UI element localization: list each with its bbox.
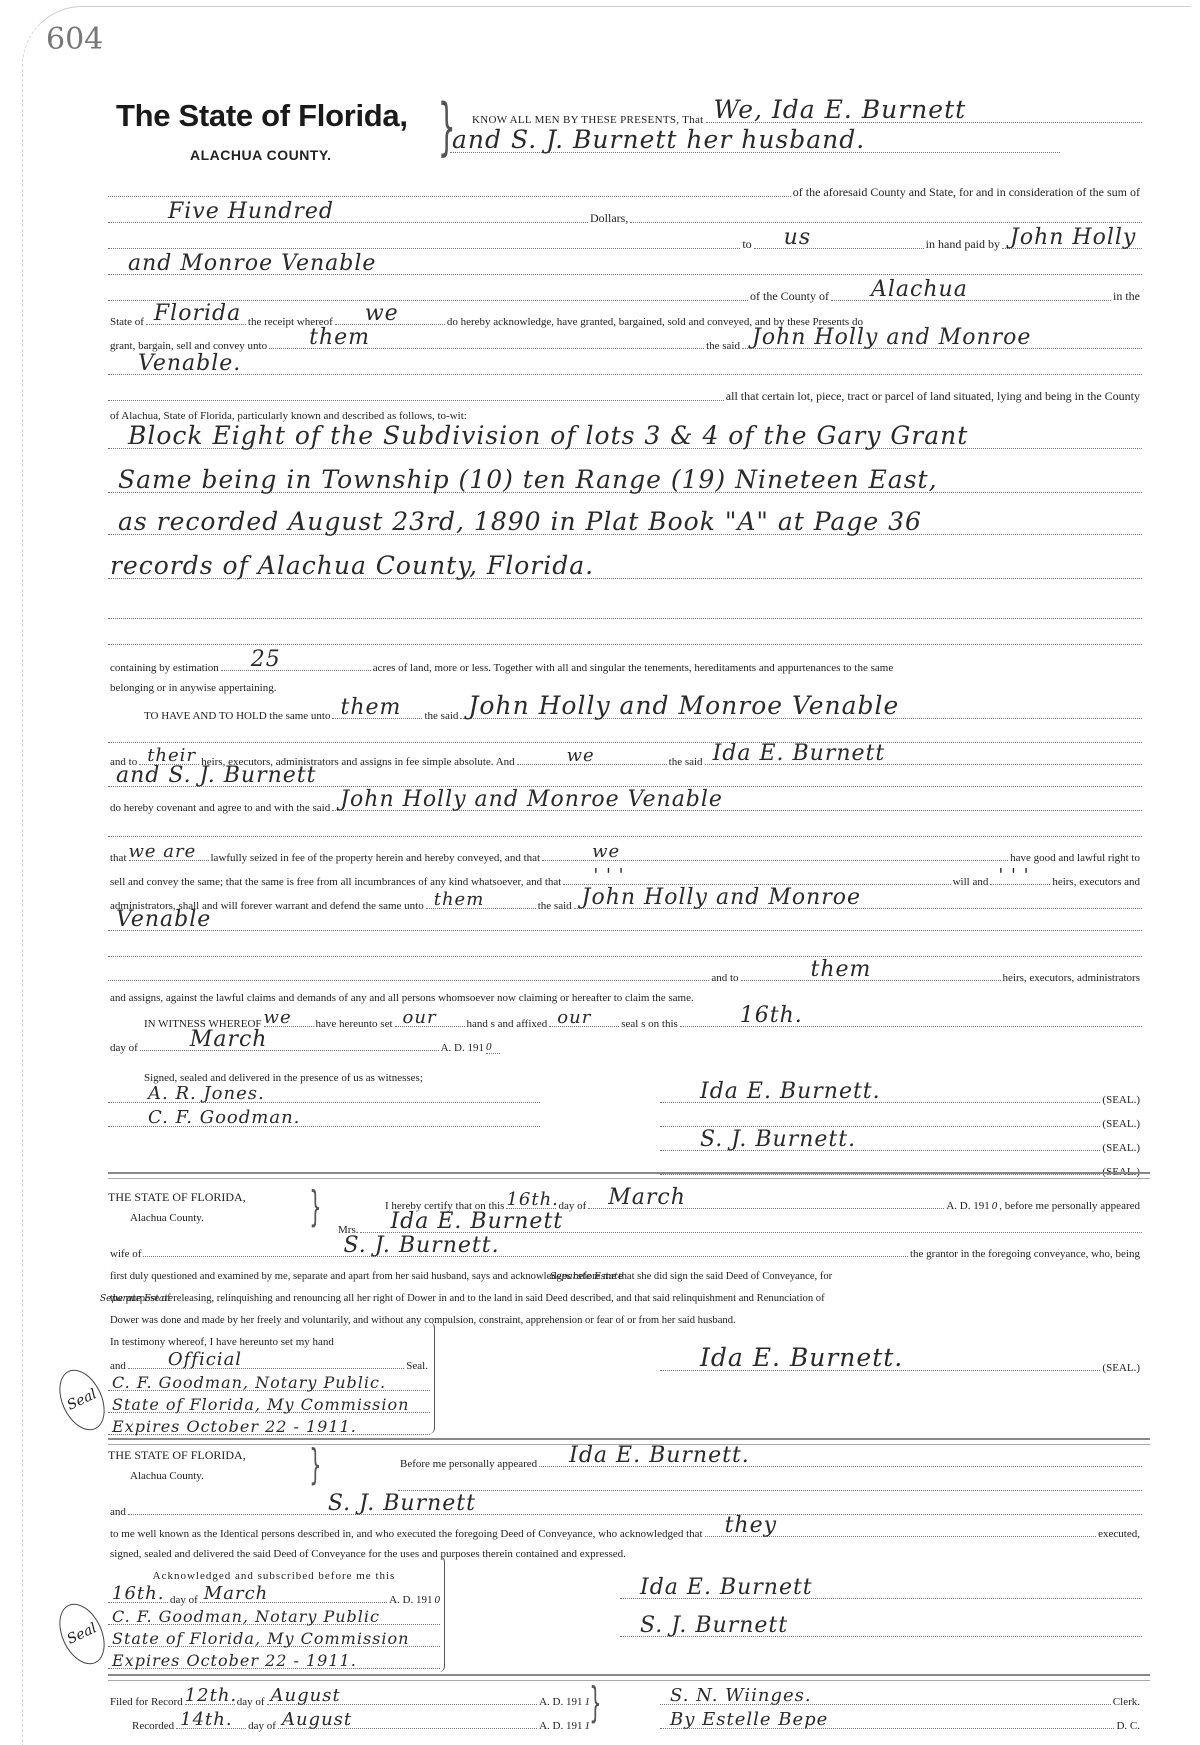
dollars-row: Five Hundred Dollars, [108,204,1142,226]
blank-row-4 [398,1472,1142,1494]
clerk-row: S. N. Wiinges. Clerk. [660,1686,1142,1708]
execution-month: March [190,1027,268,1052]
signature-line-3: S. J. Burnett. (SEAL.) [660,1132,1142,1154]
page-number: 604 [46,22,103,57]
joint-ack-county: Alachua County. [130,1470,204,1482]
description-line-4: records of Alachua County, Florida. [108,560,1142,582]
document-county: ALACHUA COUNTY. [190,147,332,163]
and-assigns-row: and assigns, against the lawful claims a… [108,982,1142,1004]
defend-row: administrators, shall and will forever w… [108,890,1142,912]
deputy-row: By Estelle Bepe D. C. [660,1710,1142,1732]
acres-row: containing by estimation 25 acres of lan… [108,652,1142,674]
description-line-1: Block Eight of the Subdivision of lots 3… [108,430,1142,452]
section-divider [108,1172,1150,1179]
of-alachua-row: of Alachua, State of Florida, particular… [108,400,1142,422]
blank-row [108,724,1142,746]
notary-line-3: Expires October 22 - 1911. [108,1416,430,1438]
description-line-3: as recorded August 23rd, 1890 in Plat Bo… [108,516,1142,538]
grantors-name: We, Ida E. Burnett [714,95,967,124]
insertion-separate-estate: Separate Estate [550,1272,623,1282]
notary-line-2: State of Florida, My Commission [108,1394,430,1416]
ack-brace: } [309,1186,321,1228]
ack-text-2: the purpose of releasing, relinquishing … [108,1282,1142,1304]
testimony-row: In testimony whereof, I have hereunto se… [108,1326,430,1348]
joint-signature-2: S. J. Burnett [620,1618,1142,1640]
paid-by-cont-row: and Monroe Venable [108,256,1142,278]
paid-by-field: John Holly [1010,225,1136,250]
defend-cont-row: Venable [108,912,1142,934]
aforesaid-row: of the aforesaid County and State, for a… [108,178,1142,200]
and-name2-row: and S. J. Burnett [108,1496,1142,1518]
description-line-2: Same being in Township (10) ten Range (1… [108,474,1142,496]
signed-sealed-row: Signed, sealed and delivered in the pres… [108,1062,1142,1084]
grantors-row-2: and S. J. Burnett her husband. [450,134,1060,156]
acres-field: 25 [251,647,281,672]
ack-text-1: first duly questioned and examined by me… [108,1260,1142,1282]
joint-notary-line-2: State of Florida, My Commission [108,1628,440,1650]
joint-ack-brace: } [309,1444,321,1486]
witness-2: C. F. Goodman. [108,1108,540,1130]
record-brace: } [589,1682,601,1724]
wife-signature-row: Ida E. Burnett. (SEAL.) [660,1352,1142,1374]
section-divider-3 [108,1674,1150,1681]
joint-notary-line-3: Expires October 22 - 1911. [108,1650,440,1672]
know-all-row: KNOW ALL MEN BY THESE PRESENTS, That We,… [470,104,1142,126]
paid-by-row: to us in hand paid by John Holly [108,230,1142,252]
county-field: Alachua [871,277,968,302]
well-known-row: to me well known as the Identical person… [108,1518,1142,1540]
wife-of-row: wife of S. J. Burnett. the grantor in th… [108,1238,1142,1260]
blank-row-2 [108,818,1142,840]
grantees-cont-row: Venable. [108,356,1142,378]
ack-state: THE STATE OF FLORIDA, [108,1190,246,1205]
and-to-row: and to them heirs, executors, administra… [108,962,1142,984]
joint-ack-state: THE STATE OF FLORIDA, [108,1448,246,1463]
seized-row: that we are lawfully seized in fee of th… [108,842,1142,864]
ack-county: Alachua County. [130,1212,204,1224]
document-title: The State of Florida, [116,98,408,134]
recorded-row: Recorded 14th. day of August A. D. 191 1 [130,1710,590,1732]
insertion-separate-estate-2: Separate Estate [100,1294,173,1304]
description-line-6 [108,626,1142,648]
covenant-row: do hereby covenant and agree to and with… [108,792,1142,814]
have-hold-row: TO HAVE AND TO HOLD the same unto them t… [108,700,1142,722]
official-seal-row: and Official Seal. [108,1350,430,1372]
before-me-row: Before me personally appeared Ida E. Bur… [398,1448,1142,1470]
day-of-row: day of March A. D. 191 0 [108,1032,500,1054]
filed-row: Filed for Record 12th. day of August A. … [108,1686,590,1708]
county-of-row: of the County of Alachua in the [108,282,1142,304]
joint-signature-1: Ida E. Burnett [620,1580,1142,1602]
joint-notary-line-1: C. F. Goodman, Notary Public [108,1606,440,1628]
state-field: Florida [154,301,241,326]
description-line-5 [108,600,1142,622]
notary-line-1: C. F. Goodman, Notary Public. [108,1372,430,1394]
grantees-field: John Holly and Monroe [752,325,1031,350]
amount-field: Five Hundred [168,199,334,224]
blank-row-3 [108,938,1142,960]
ack-date-row: 16th. day of March A. D. 191 0 [108,1584,440,1606]
signature-line-1: Ida E. Burnett. (SEAL.) [660,1084,1142,1106]
witness-1: A. R. Jones. [108,1084,540,1106]
convey-unto-row: grant, bargain, sell and convey unto the… [108,330,1142,352]
acknowledged-row: Acknowledged and subscribed before me th… [108,1560,440,1582]
